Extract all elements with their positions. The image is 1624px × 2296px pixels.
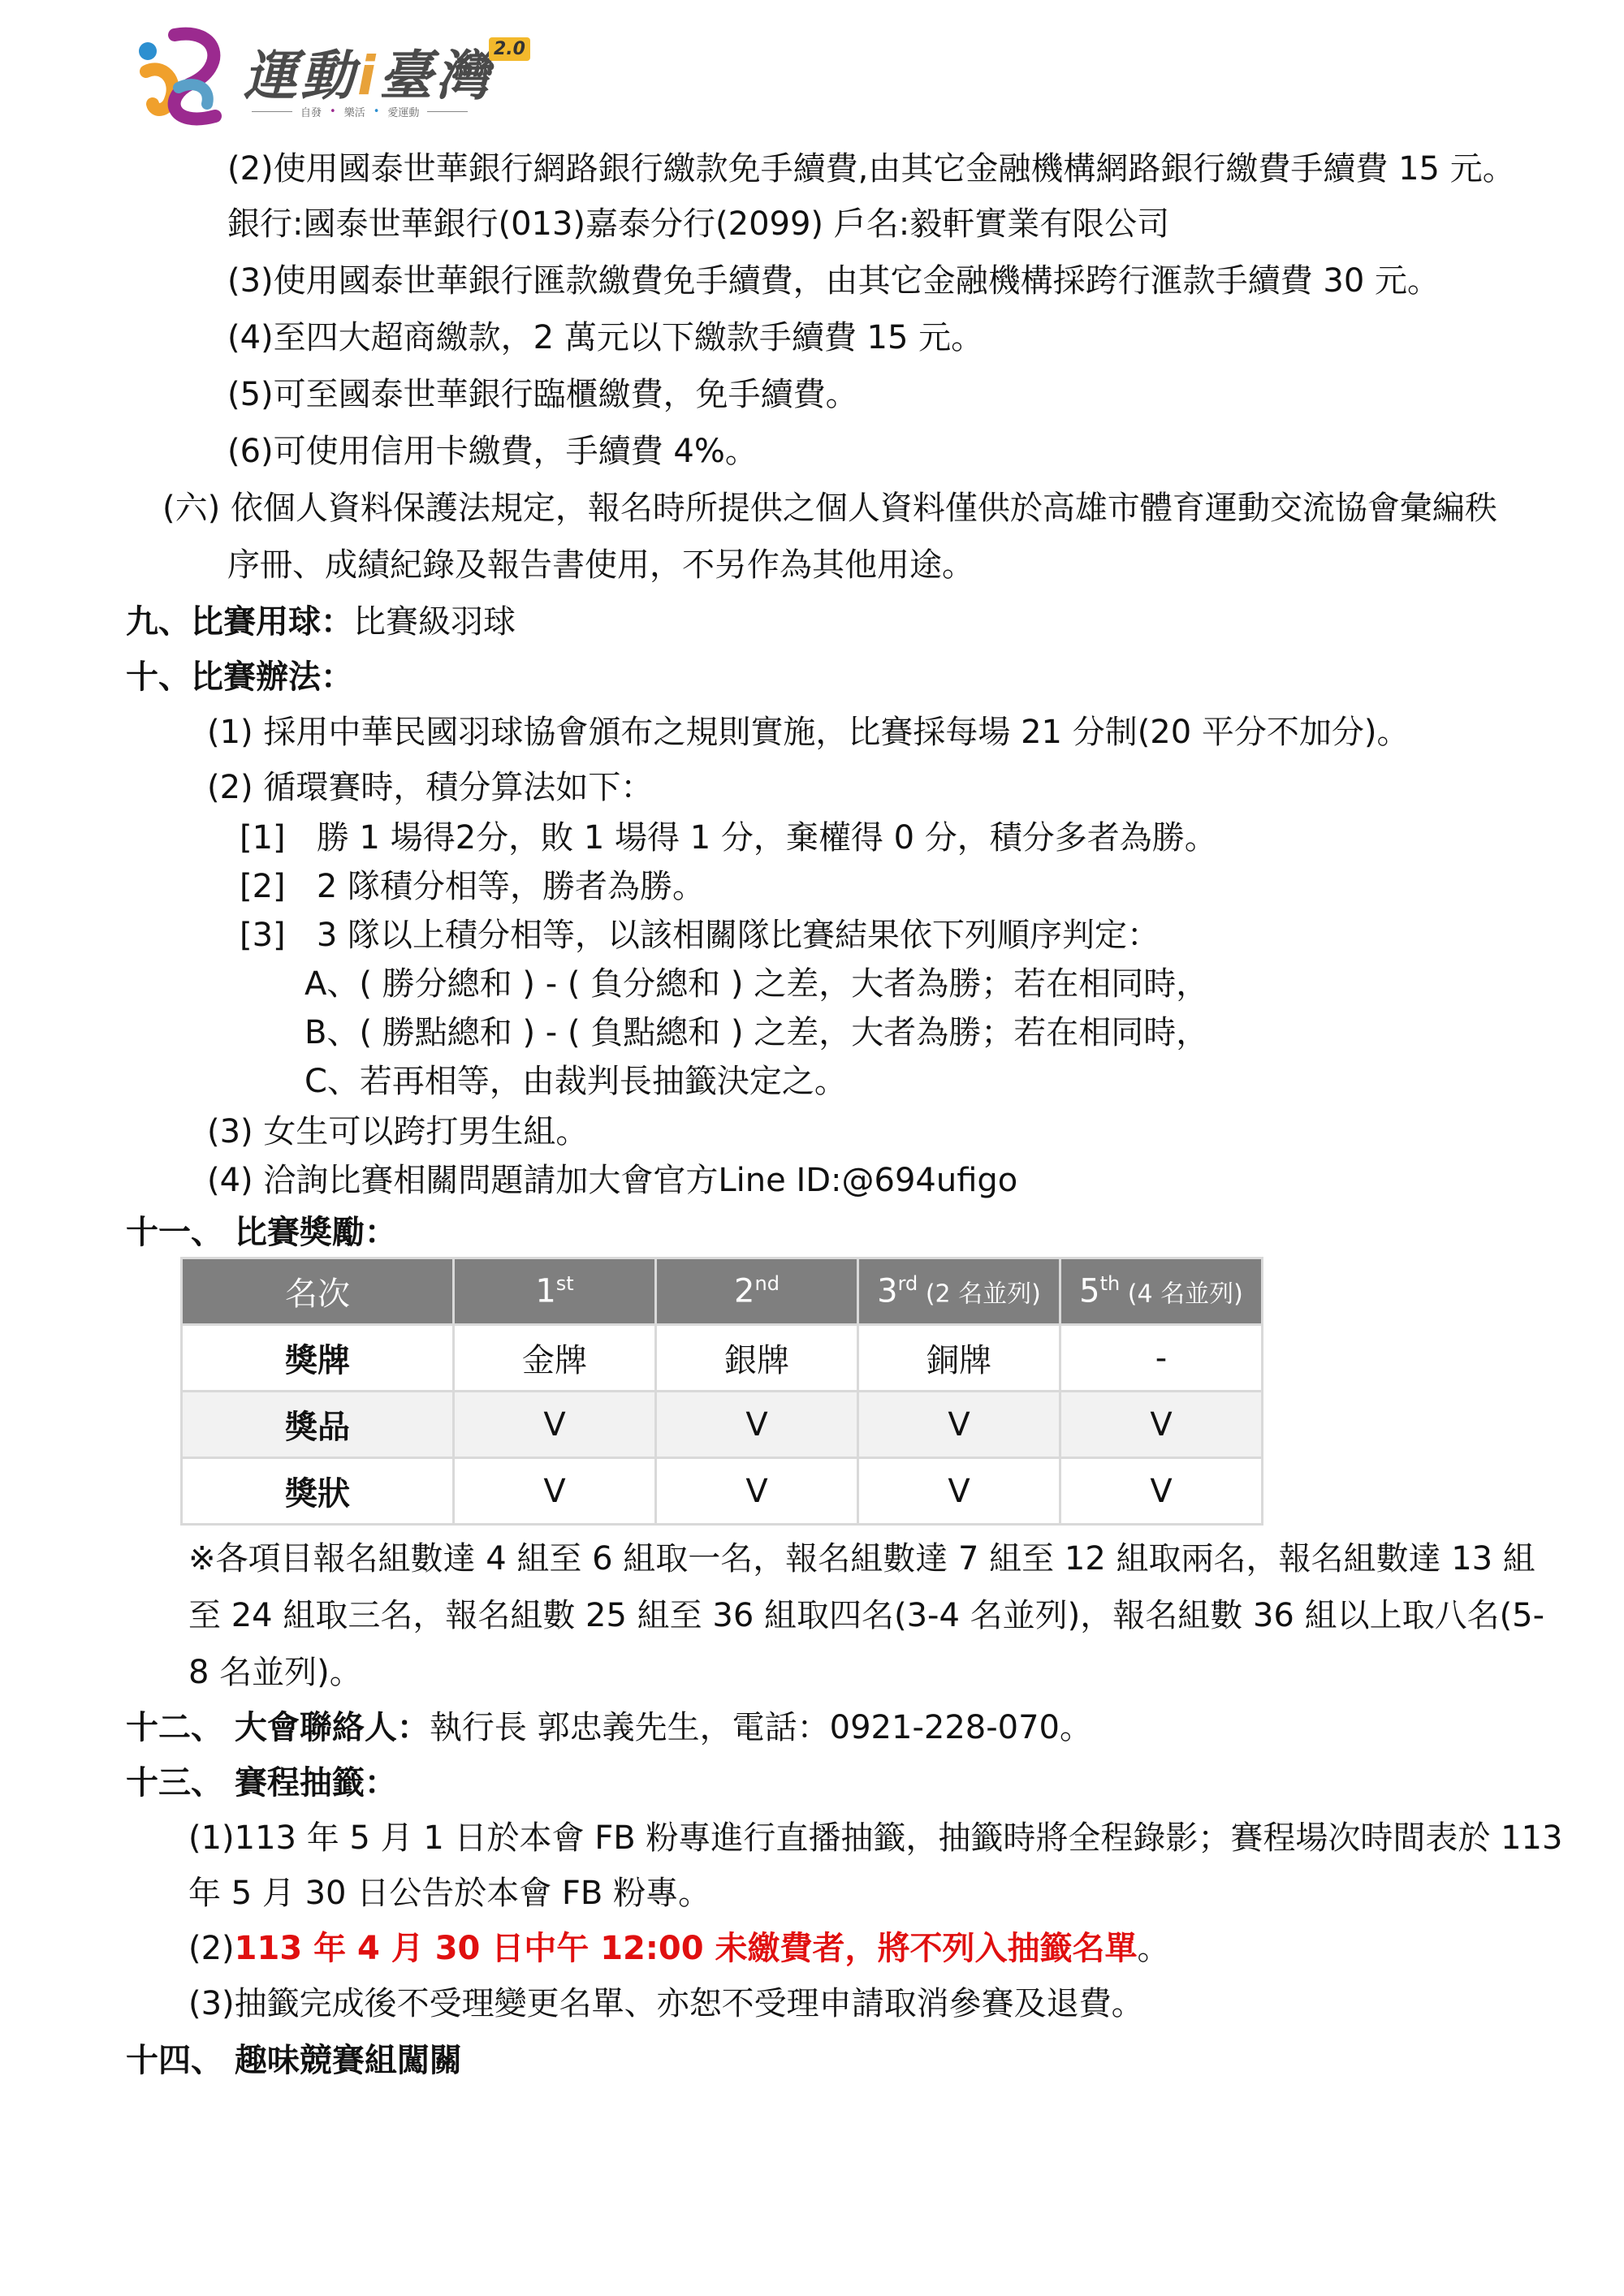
awards-table: 名次 1st 2nd 3rd (2 名並列) 5th (4 名並列) 獎牌 金牌… [180, 1257, 1263, 1526]
contact-info: 執行長 郭忠義先生，電話：0921-228-070。 [430, 1709, 1092, 1746]
award-note: 至 24 組取三名，報名組數 25 組至 36 組取四名(3-4 名並列)，報名… [188, 1593, 1544, 1638]
section-heading: 九、比賽用球： [126, 603, 353, 641]
rule-item: (4) 洽詢比賽相關問題請加大會官方Line ID:@694ufigo [207, 1158, 1017, 1203]
section-heading: 十三、 賽程抽籤： [126, 1760, 397, 1806]
table-cell: - [1060, 1325, 1263, 1392]
section-heading: 十、比賽辦法： [126, 654, 353, 700]
table-cell: V [1060, 1458, 1263, 1525]
version-badge: 2.0 [489, 37, 530, 61]
table-cell: V [858, 1392, 1060, 1458]
table-cell: 銀牌 [656, 1325, 858, 1392]
dot-icon: • [330, 106, 336, 118]
table-cell: V [1060, 1392, 1263, 1458]
section-9: 九、比賽用球：比賽級羽球 [126, 599, 516, 645]
rule-item: (2) 循環賽時，積分算法如下： [207, 765, 653, 810]
table-row: 獎品 V V V V [182, 1392, 1263, 1458]
table-cell: V [454, 1392, 656, 1458]
draw-item: (3)抽籤完成後不受理變更名單、亦恕不受理申請取消參賽及退費。 [188, 1981, 1144, 2026]
header-cell: 3rd (2 名並列) [858, 1258, 1060, 1325]
row-header: 獎牌 [182, 1325, 454, 1392]
draw-item-warning: (2)113 年 4 月 30 日中午 12:00 未繳費者，將不列入抽籤名單。 [188, 1926, 1169, 1971]
tiebreak-criterion: B、( 勝點總和 ) - ( 負點總和 ) 之差，大者為勝；若在相同時， [304, 1010, 1208, 1055]
tiebreak-criterion: A、( 勝分總和 ) - ( 負分總和 ) 之差，大者為勝；若在相同時， [304, 961, 1208, 1007]
table-row: 獎狀 V V V V [182, 1458, 1263, 1525]
payment-item: 銀行:國泰世華銀行(013)嘉泰分行(2099) 戶名:毅軒實業有限公司 [227, 201, 1169, 247]
table-cell: V [858, 1458, 1060, 1525]
divider [252, 111, 292, 112]
dot-icon: • [374, 106, 380, 118]
row-header: 獎狀 [182, 1458, 454, 1525]
tiebreak-criterion: C、若再相等，由裁判長抽籤決定之。 [304, 1059, 847, 1104]
section-12: 十二、 大會聯絡人：執行長 郭忠義先生，電話：0921-228-070。 [126, 1705, 1092, 1750]
header-cell: 名次 [182, 1258, 454, 1325]
section-heading: 十一、 比賽獎勵： [126, 1210, 397, 1255]
row-header: 獎品 [182, 1392, 454, 1458]
divider [427, 111, 468, 112]
scoring-item: [3] 3 隊以上積分相等，以該相關隊比賽結果依下列順序判定： [240, 913, 1160, 958]
table-cell: 金牌 [454, 1325, 656, 1392]
table-cell: V [656, 1458, 858, 1525]
payment-item: (3)使用國泰世華銀行匯款繳費免手續費，由其它金融機構採跨行滙款手續費 30 元… [227, 258, 1440, 304]
header-cell: 5th (4 名並列) [1060, 1258, 1263, 1325]
payment-deadline-warning: 113 年 4 月 30 日中午 12:00 未繳費者，將不列入抽籤名單 [235, 1930, 1138, 1967]
scoring-item: [2] 2 隊積分相等，勝者為勝。 [240, 864, 705, 909]
rule-item: (1) 採用中華民國羽球協會頒布之規則實施，比賽採每場 21 分制(20 平分不… [207, 710, 1410, 755]
payment-item: (4)至四大超商繳款，2 萬元以下繳款手續費 15 元。 [227, 315, 983, 360]
table-cell: V [454, 1458, 656, 1525]
payment-item: (2)使用國泰世華銀行網路銀行繳款免手續費,由其它金融機構網路銀行繳費手續費 1… [227, 146, 1515, 192]
privacy-paragraph-cont: 序冊、成績紀錄及報告書使用，不另作為其他用途。 [227, 542, 974, 588]
award-note: ※各項目報名組數達 4 組至 6 組取一名，報名組數達 7 組至 12 組取兩名… [188, 1536, 1535, 1582]
table-cell: V [656, 1392, 858, 1458]
table-row: 獎牌 金牌 銀牌 銅牌 - [182, 1325, 1263, 1392]
draw-item-cont: 年 5 月 30 日公告於本會 FB 粉專。 [188, 1871, 710, 1916]
header-cell: 2nd [656, 1258, 858, 1325]
section-heading: 十四、 趣味競賽組闖關 [126, 2038, 462, 2083]
section-heading: 十二、 大會聯絡人： [126, 1709, 430, 1746]
logo-slogan: 自發 • 樂活 • 愛運動 [252, 104, 468, 119]
payment-item: (5)可至國泰世華銀行臨櫃繳費，免手續費。 [227, 372, 858, 417]
logo-wordmark: 運動i臺灣 [244, 32, 493, 110]
draw-item: (1)113 年 5 月 1 日於本會 FB 粉專進行直播抽籤，抽籤時將全程錄影… [188, 1815, 1562, 1861]
table-header-row: 名次 1st 2nd 3rd (2 名並列) 5th (4 名並列) [182, 1258, 1263, 1325]
scoring-item: [1] 勝 1 場得2分，敗 1 場得 1 分，棄權得 0 分，積分多者為勝。 [240, 815, 1217, 861]
logo: 運動i臺灣 2.0 自發 • 樂活 • 愛運動 [130, 23, 552, 128]
header-cell: 1st [454, 1258, 656, 1325]
award-note: 8 名並列)。 [188, 1650, 362, 1695]
rule-item: (3) 女生可以跨打男生組。 [207, 1109, 588, 1154]
logo-mark-icon [130, 23, 235, 128]
table-cell: 銅牌 [858, 1325, 1060, 1392]
payment-item: (6)可使用信用卡繳費，手續費 4%。 [227, 429, 758, 474]
privacy-paragraph: (六) 依個人資料保護法規定，報名時所提供之個人資料僅供於高雄市體育運動交流協會… [162, 486, 1497, 531]
